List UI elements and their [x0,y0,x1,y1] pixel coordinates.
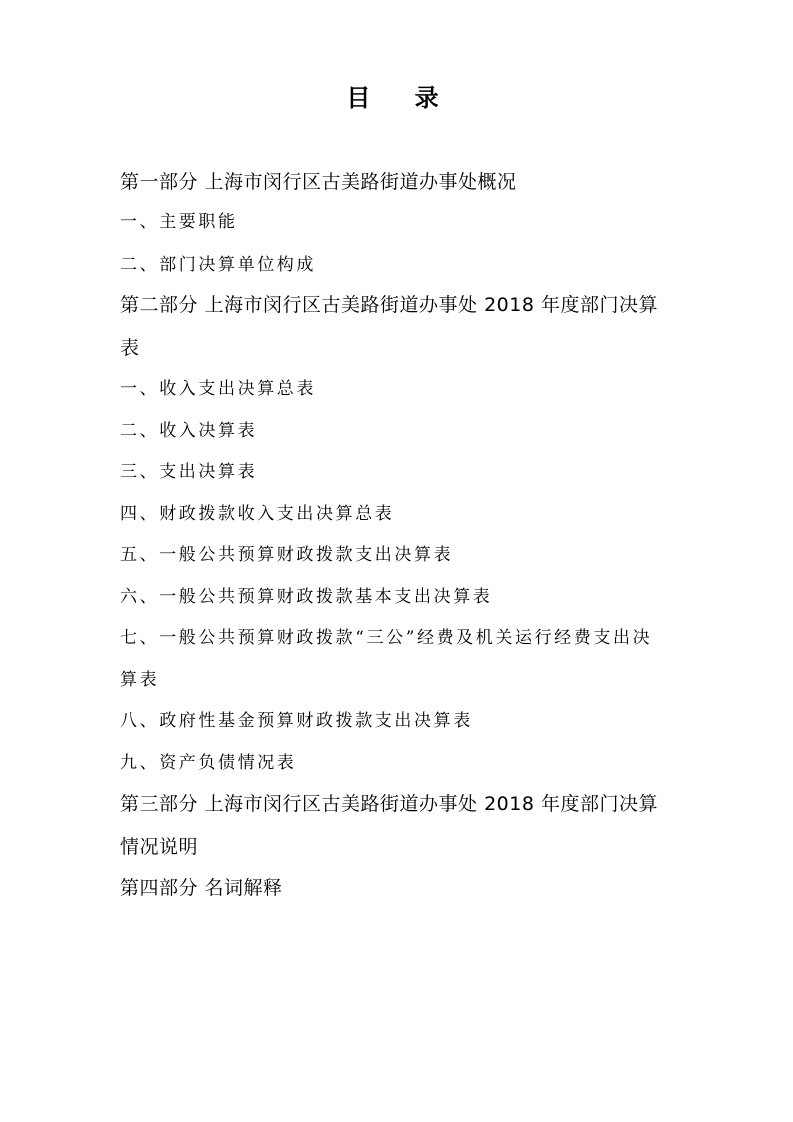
toc-item: 五、一般公共预算财政拨款支出决算表 [120,543,453,567]
toc-item: 一、收入支出决算总表 [120,377,316,401]
toc-item: 六、一般公共预算财政拨款基本支出决算表 [120,585,492,609]
toc-item: 四、财政拨款收入支出决算总表 [120,502,394,526]
page-title: 目 录 [0,80,793,116]
toc-item: 三、支出决算表 [120,460,257,484]
toc-item: 一、主要职能 [120,210,238,234]
toc-part-heading: 情况说明 [120,835,198,859]
toc-item: 算表 [120,668,159,692]
toc-part-heading: 表 [120,336,140,360]
toc-item: 二、收入决算表 [120,419,257,443]
toc-part-heading: 第一部分 上海市闵行区古美路街道办事处概况 [120,170,517,194]
toc-item: 八、政府性基金预算财政拨款支出决算表 [120,709,473,733]
toc-item: 二、部门决算单位构成 [120,253,316,277]
document-page: 目 录 第一部分 上海市闵行区古美路街道办事处概况一、主要职能二、部门决算单位构… [0,0,793,1122]
toc-part-heading: 第四部分 名词解释 [120,876,283,900]
toc-item: 九、资产负债情况表 [120,751,296,775]
toc-part-heading: 第二部分 上海市闵行区古美路街道办事处 2018 年度部门决算 [120,293,658,317]
toc-part-heading: 第三部分 上海市闵行区古美路街道办事处 2018 年度部门决算 [120,792,658,816]
toc-item: 七、一般公共预算财政拨款“三公”经费及机关运行经费支出决 [120,626,652,650]
